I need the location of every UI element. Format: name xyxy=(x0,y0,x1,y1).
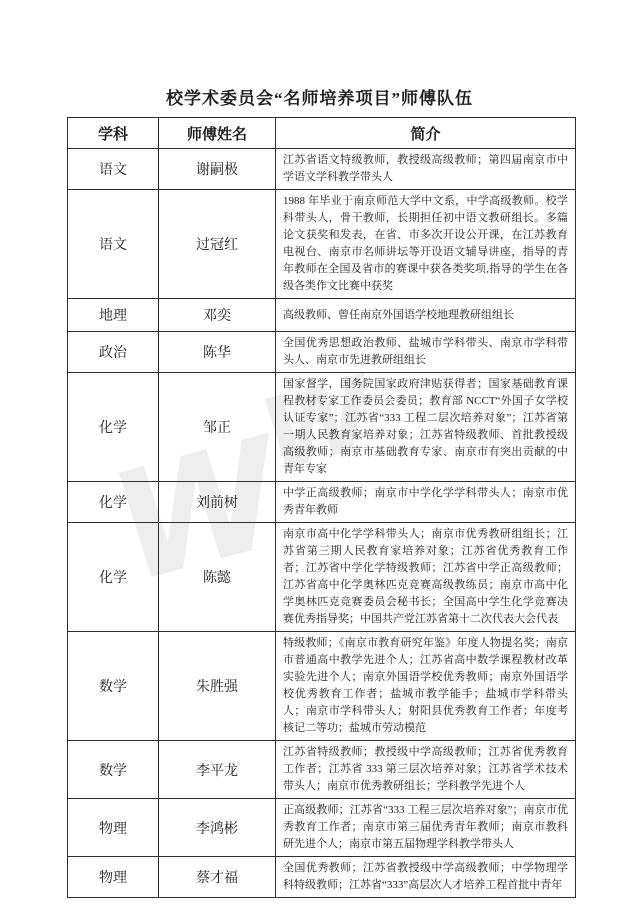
subject-cell: 语文 xyxy=(68,149,159,190)
subject-cell: 化学 xyxy=(68,373,159,482)
bio-cell: 正高级教师；江苏省“333 工程三层次培养对象”；南京市优秀教育工作者；南京市第… xyxy=(276,799,576,857)
bio-cell: 特级教师；《南京市教育研究年鉴》年度人物提名奖；南京市普通高中教学先进个人；江苏… xyxy=(276,632,576,741)
subject-cell: 语文 xyxy=(68,190,159,299)
mentor-name-cell: 李鸿彬 xyxy=(159,799,276,857)
table-row: 化学 陈懿 南京市高中化学学科带头人；南京市优秀教研组组长；江苏省第三期人民教育… xyxy=(68,523,576,632)
mentor-name-cell: 邓奕 xyxy=(159,299,276,332)
table-row: 政治 陈华 全国优秀思想政治教师、盐城市学科带头、南京市学科带头人、南京市先进教… xyxy=(68,332,576,373)
table-row: 数学 朱胜强 特级教师；《南京市教育研究年鉴》年度人物提名奖；南京市普通高中教学… xyxy=(68,632,576,741)
mentor-name-cell: 邹正 xyxy=(159,373,276,482)
subject-cell: 物理 xyxy=(68,799,159,857)
table-row: 化学 邹正 国家督学，国务院国家政府津贴获得者；国家基础教育课程教材专家工作委员… xyxy=(68,373,576,482)
mentor-name-cell: 谢嗣极 xyxy=(159,149,276,190)
document-page: WW 校学术委员会“名师培养项目”师傅队伍 学科 师傅姓名 简介 语文 谢嗣极 … xyxy=(0,0,639,905)
mentor-name-cell: 陈华 xyxy=(159,332,276,373)
table-row: 语文 过冠红 1988 年毕业于南京师范大学中文系，中学高级教师。校学科带头人，… xyxy=(68,190,576,299)
bio-cell: 中学正高级教师；南京市中学化学学科带头人；南京市优秀青年教师 xyxy=(276,482,576,523)
table-row: 语文 谢嗣极 江苏省语文特级教师，教授级高级教师；第四届南京市中学语文学科教学带… xyxy=(68,149,576,190)
header-subject: 学科 xyxy=(68,118,159,149)
table-body: 语文 谢嗣极 江苏省语文特级教师，教授级高级教师；第四届南京市中学语文学科教学带… xyxy=(68,149,576,898)
table-header-row: 学科 师傅姓名 简介 xyxy=(68,118,576,149)
bio-cell: 江苏省语文特级教师，教授级高级教师；第四届南京市中学语文学科教学带头人 xyxy=(276,149,576,190)
document-content: 校学术委员会“名师培养项目”师傅队伍 学科 师傅姓名 简介 语文 谢嗣极 江苏省… xyxy=(0,0,639,898)
table-header: 学科 师傅姓名 简介 xyxy=(68,118,576,149)
bio-cell: 江苏省特级教师；教授级中学高级教师；江苏省优秀教育工作者；江苏省 333 第三层… xyxy=(276,741,576,799)
page-title: 校学术委员会“名师培养项目”师傅队伍 xyxy=(0,0,639,117)
subject-cell: 地理 xyxy=(68,299,159,332)
subject-cell: 数学 xyxy=(68,741,159,799)
header-mentor-name: 师傅姓名 xyxy=(159,118,276,149)
subject-cell: 化学 xyxy=(68,523,159,632)
bio-cell: 全国优秀思想政治教师、盐城市学科带头、南京市学科带头人、南京市先进教研组组长 xyxy=(276,332,576,373)
bio-cell: 南京市高中化学学科带头人；南京市优秀教研组组长；江苏省第三期人民教育家培养对象；… xyxy=(276,523,576,632)
mentor-name-cell: 朱胜强 xyxy=(159,632,276,741)
subject-cell: 数学 xyxy=(68,632,159,741)
subject-cell: 物理 xyxy=(68,857,159,898)
mentor-table: 学科 师傅姓名 简介 语文 谢嗣极 江苏省语文特级教师，教授级高级教师；第四届南… xyxy=(67,117,576,898)
mentor-name-cell: 过冠红 xyxy=(159,190,276,299)
table-row: 化学 刘前树 中学正高级教师；南京市中学化学学科带头人；南京市优秀青年教师 xyxy=(68,482,576,523)
bio-cell: 高级教师、曾任南京外国语学校地理教研组组长 xyxy=(276,299,576,332)
mentor-name-cell: 蔡才福 xyxy=(159,857,276,898)
bio-cell: 1988 年毕业于南京师范大学中文系，中学高级教师。校学科带头人，骨干教师，长期… xyxy=(276,190,576,299)
mentor-name-cell: 陈懿 xyxy=(159,523,276,632)
table-row: 物理 蔡才福 全国优秀教师；江苏省教授级中学高级教师；中学物理学科特级教师；江苏… xyxy=(68,857,576,898)
subject-cell: 化学 xyxy=(68,482,159,523)
bio-cell: 全国优秀教师；江苏省教授级中学高级教师；中学物理学科特级教师；江苏省“333”高… xyxy=(276,857,576,898)
subject-cell: 政治 xyxy=(68,332,159,373)
header-bio: 简介 xyxy=(276,118,576,149)
table-row: 物理 李鸿彬 正高级教师；江苏省“333 工程三层次培养对象”；南京市优秀教育工… xyxy=(68,799,576,857)
bio-cell: 国家督学，国务院国家政府津贴获得者；国家基础教育课程教材专家工作委员会委员；教育… xyxy=(276,373,576,482)
table-row: 数学 李平龙 江苏省特级教师；教授级中学高级教师；江苏省优秀教育工作者；江苏省 … xyxy=(68,741,576,799)
mentor-name-cell: 刘前树 xyxy=(159,482,276,523)
table-row: 地理 邓奕 高级教师、曾任南京外国语学校地理教研组组长 xyxy=(68,299,576,332)
mentor-name-cell: 李平龙 xyxy=(159,741,276,799)
